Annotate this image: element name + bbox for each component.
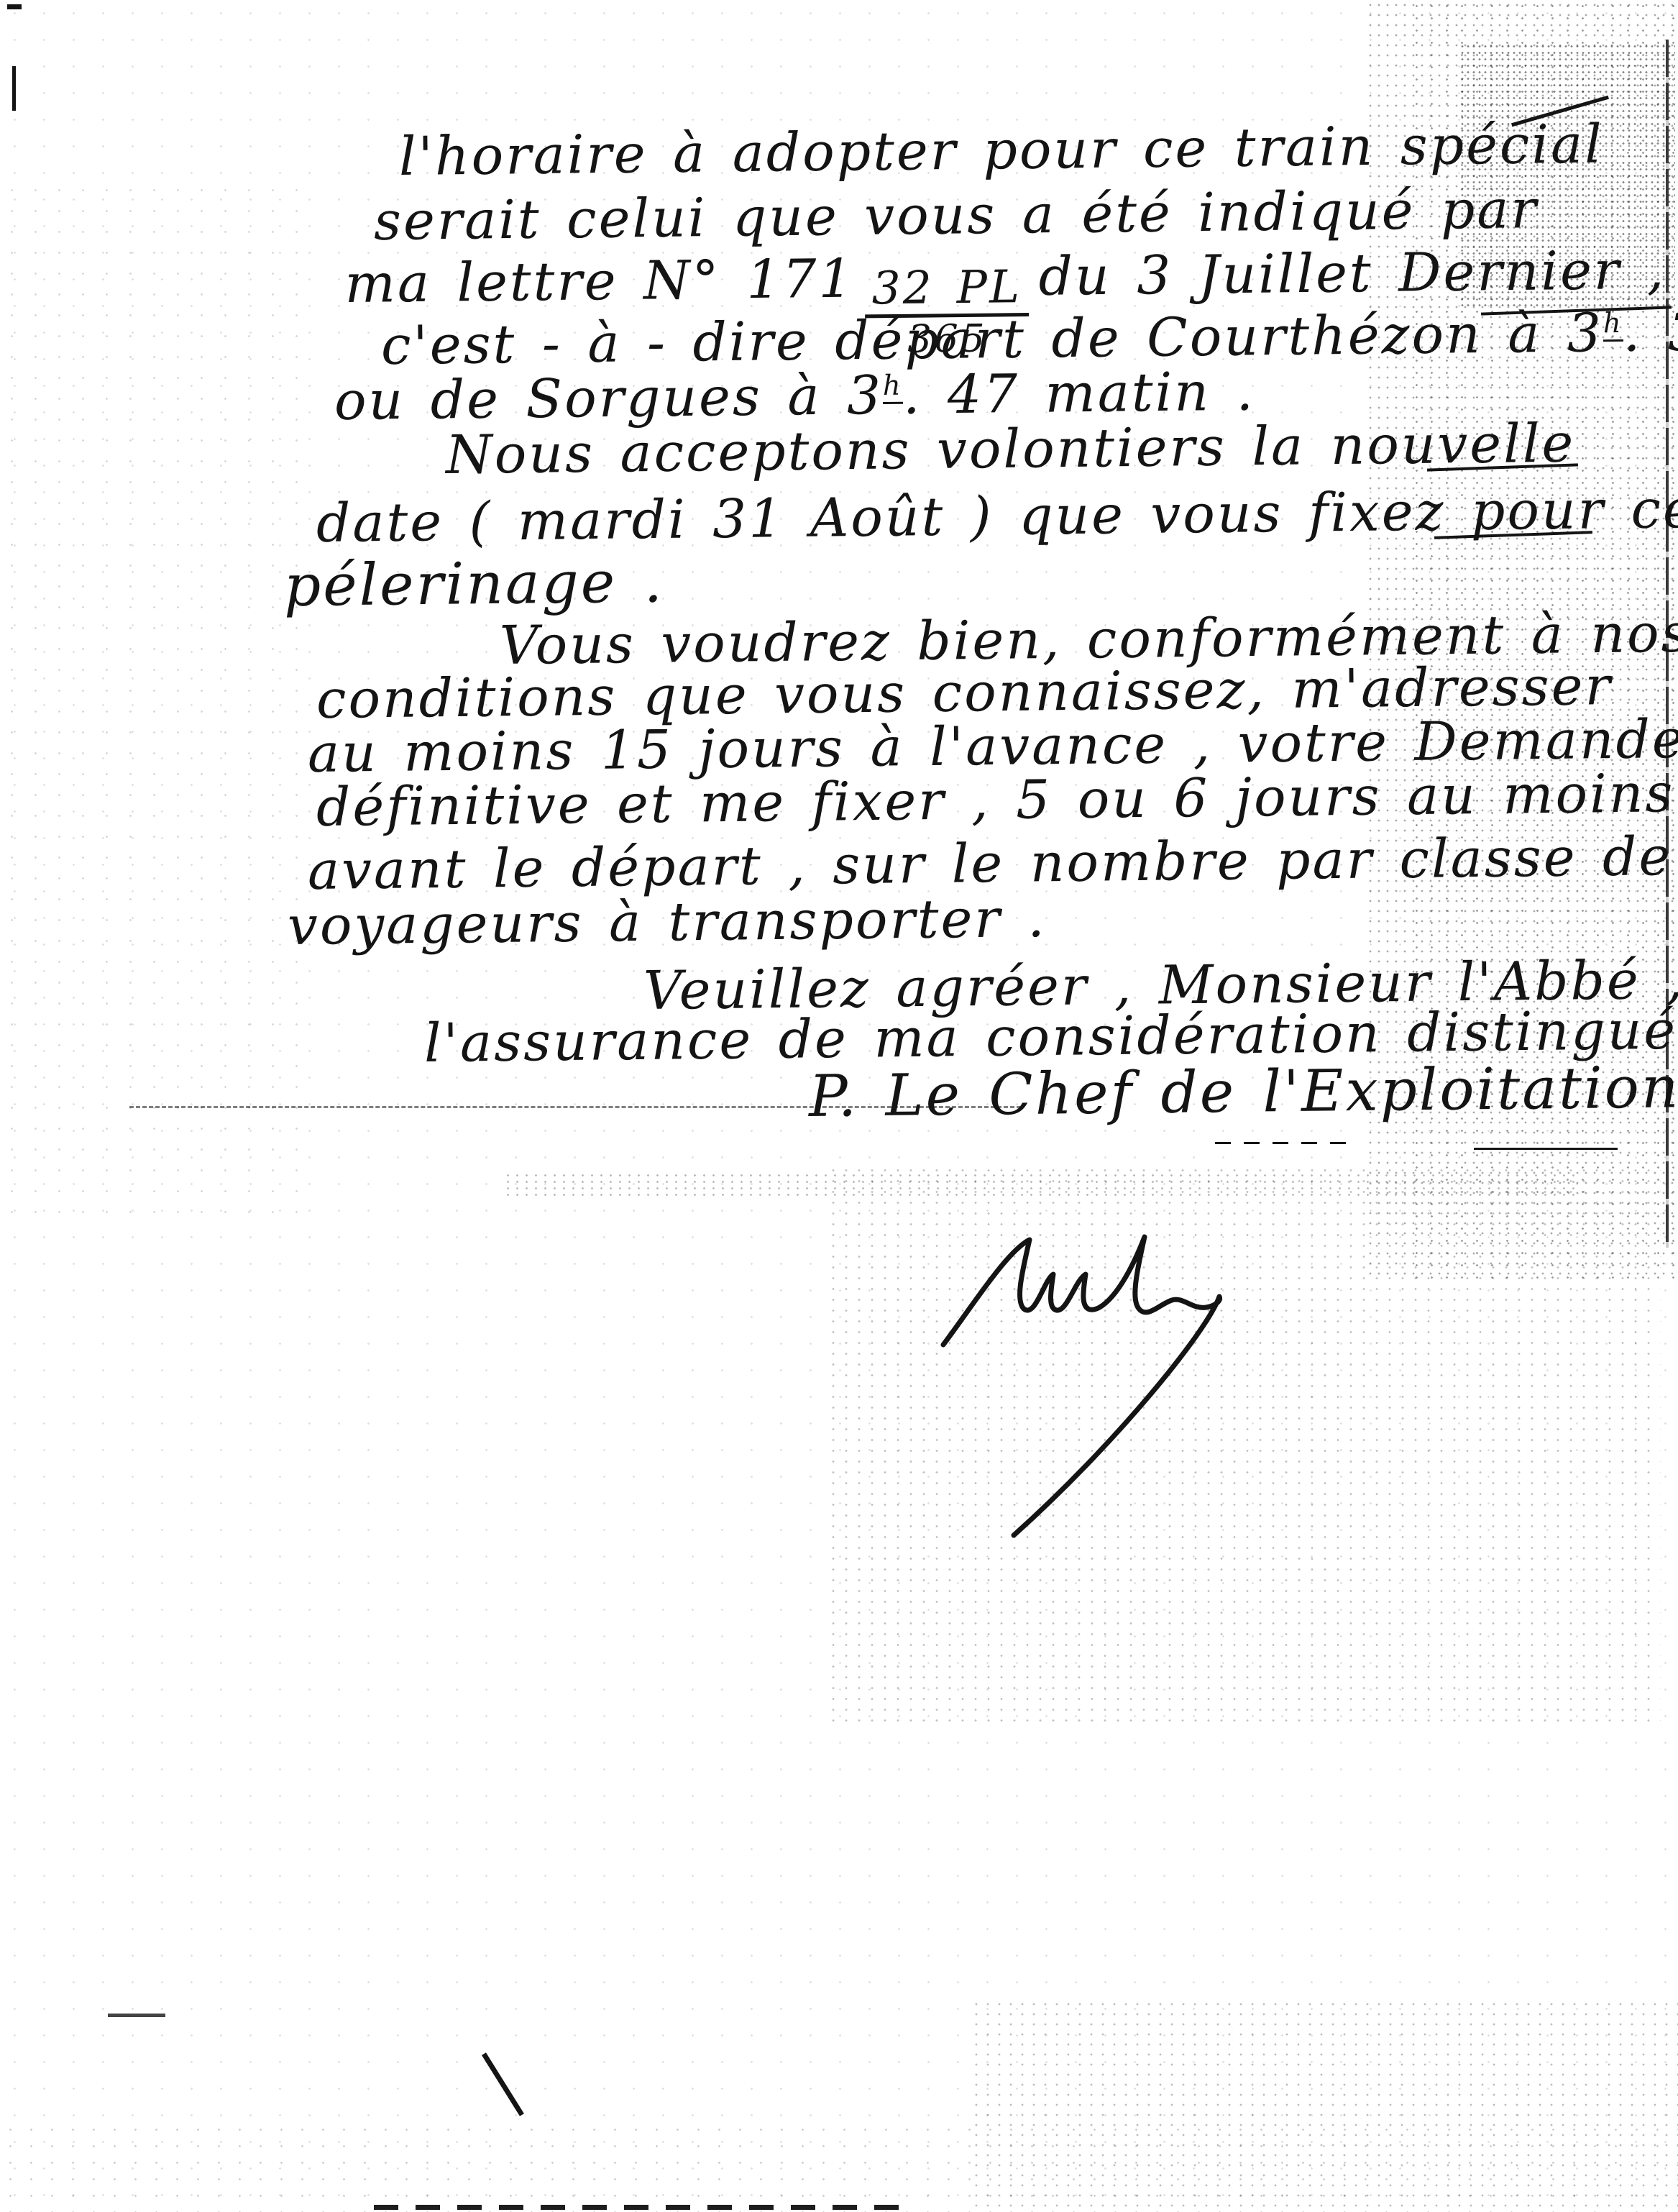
- letter-line-14: voyageurs à transporter .: [288, 887, 1047, 957]
- letter-line-8: pélerinage .: [284, 548, 665, 619]
- scan-noise-bottom-strip: [0, 2121, 1678, 2212]
- letter-line-7: date ( mardi 31 Août ) que vous fixez po…: [316, 478, 1678, 554]
- pen-flourish-signoff-underline-2: [1474, 1148, 1618, 1150]
- signature-scrawl: [935, 1208, 1244, 1553]
- pen-flourish-signoff-underline: [1215, 1142, 1359, 1144]
- letter-line-2: serait celui que vous a été indiqué par: [374, 178, 1539, 252]
- scan-noise-left-band: [0, 180, 309, 1222]
- letter-line-3-suffix: du 3 Juillet Dernier ,: [1038, 239, 1666, 308]
- scan-noise-smudge-row: [503, 1172, 1582, 1198]
- scan-artifact-bottom-dash: [108, 2014, 165, 2017]
- scan-artifact-left-edge-tick: [7, 4, 22, 9]
- scan-artifact-bottom-edge-smudge: [374, 2205, 906, 2210]
- letter-line-6: Nous acceptons volontiers la nouvelle: [446, 413, 1576, 486]
- letter-signoff-title: P. Le Chef de l'Exploitation: [809, 1054, 1678, 1130]
- letter-line-4-suffix: . 30 matin: [1623, 298, 1678, 363]
- scan-noise-bottom-right: [971, 1999, 1678, 2208]
- hour-superscript: h: [1603, 307, 1623, 342]
- scanned-letter-page: l'horaire à adopter pour ce train spécia…: [0, 0, 1678, 2212]
- hour-superscript-2: h: [883, 370, 903, 404]
- letter-line-3-text: ma lettre N° 171: [344, 248, 855, 315]
- scan-artifact-left-edge-tick-2: [12, 66, 16, 111]
- scan-artifact-diagonal-mark: [482, 2052, 524, 2116]
- letter-line-1: l'horaire à adopter pour ce train spécia…: [399, 113, 1605, 188]
